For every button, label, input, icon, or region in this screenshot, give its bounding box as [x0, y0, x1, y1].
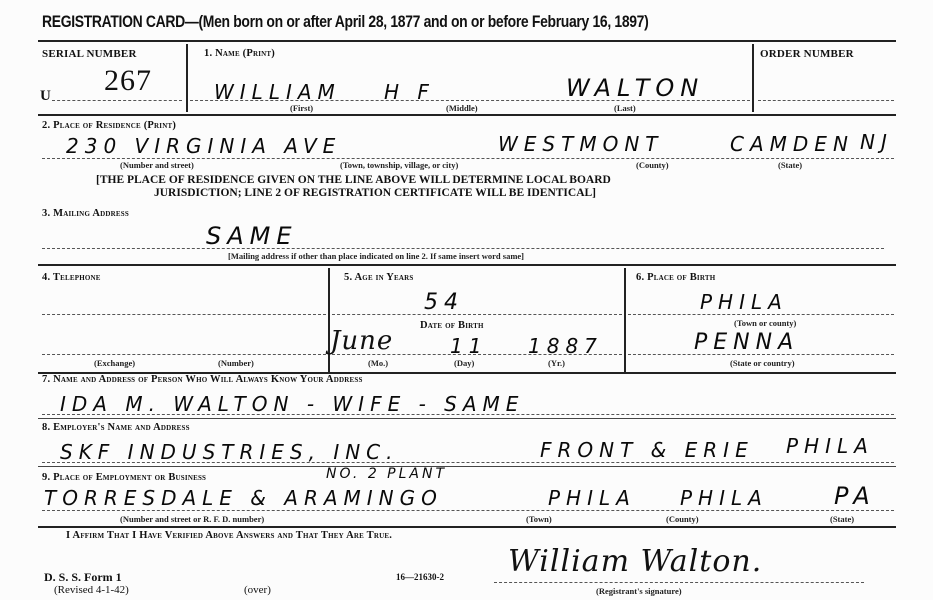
month-sublabel: (Mo.) — [368, 358, 388, 368]
employment-state-sublabel: (State) — [830, 514, 854, 524]
registrant-signature[interactable]: William Walton. — [508, 544, 762, 579]
divider — [38, 466, 896, 467]
employment-state-value[interactable]: PA — [834, 482, 876, 510]
middle-sublabel: (Middle) — [446, 103, 478, 113]
town-county-sublabel: (Town or county) — [734, 318, 796, 328]
contact-label: 7. Name and Address of Person Who Will A… — [42, 374, 363, 385]
employment-line — [42, 510, 894, 511]
mailing-note: [Mailing address if other than place ind… — [228, 251, 524, 261]
employment-street-sublabel: (Number and street or R. F. D. number) — [120, 514, 264, 524]
name-label: 1. Name (Print) — [204, 48, 275, 59]
birth-place-label: 6. Place of Birth — [636, 272, 715, 283]
form-revised: (Revised 4-1-42) — [54, 584, 129, 596]
telephone-label: 4. Telephone — [42, 272, 101, 283]
employment-place-label: 9. Place of Employment or Business — [42, 472, 206, 483]
exchange-sublabel: (Exchange) — [94, 358, 135, 368]
number-sublabel: (Number) — [218, 358, 254, 368]
residence-state-value[interactable]: NJ — [860, 130, 893, 154]
day-sublabel: (Day) — [454, 358, 474, 368]
birth-town-value[interactable]: PHILA — [700, 290, 788, 314]
serial-line — [52, 100, 182, 101]
name-line — [190, 100, 750, 101]
divider — [752, 44, 754, 112]
employer-name-value[interactable]: SKF INDUSTRIES, INC. — [60, 440, 399, 464]
first-sublabel: (First) — [290, 103, 313, 113]
county-sublabel: (County) — [636, 160, 669, 170]
birth-date-line — [332, 354, 622, 355]
over-note: (over) — [244, 584, 271, 596]
employer-city-value[interactable]: PHILA — [786, 434, 874, 458]
divider — [328, 268, 330, 372]
divider — [38, 418, 896, 419]
date-of-birth-label: Date of Birth — [420, 320, 484, 331]
street-sublabel: (Number and street) — [120, 160, 194, 170]
mailing-label: 3. Mailing Address — [42, 208, 129, 219]
mailing-line — [42, 248, 884, 249]
state-country-sublabel: (State or country) — [730, 358, 795, 368]
residence-town-value[interactable]: WESTMONT — [498, 132, 664, 156]
employment-county-sublabel: (County) — [666, 514, 699, 524]
birth-state-line — [628, 354, 894, 355]
contact-value[interactable]: IDA M. WALTON - WIFE - SAME — [60, 392, 524, 416]
divider — [38, 264, 896, 266]
residence-street-value[interactable]: 230 VIRGINIA AVE — [66, 134, 341, 158]
divider — [38, 526, 896, 528]
print-code: 16—21630-2 — [396, 572, 444, 582]
residence-county-value[interactable]: CAMDEN — [730, 132, 854, 156]
order-number-label: ORDER NUMBER — [760, 48, 854, 60]
last-sublabel: (Last) — [614, 103, 636, 113]
employer-address-value[interactable]: FRONT & ERIE — [540, 438, 754, 462]
serial-number-label: SERIAL NUMBER — [42, 48, 137, 60]
year-sublabel: (Yr.) — [548, 358, 565, 368]
serial-number-value[interactable]: 267 — [104, 64, 152, 98]
signature-sublabel: (Registrant's signature) — [596, 586, 682, 596]
divider — [186, 44, 188, 112]
residence-line — [42, 158, 894, 159]
form-id: D. S. S. Form 1 — [44, 570, 122, 585]
last-name-value[interactable]: WALTON — [566, 74, 704, 102]
residence-notice-line1: [THE PLACE OF RESIDENCE GIVEN ON THE LIN… — [96, 174, 611, 187]
divider — [38, 114, 896, 116]
divider — [38, 40, 896, 42]
residence-label: 2. Place of Residence (Print) — [42, 120, 176, 131]
divider — [624, 268, 626, 372]
state-sublabel: (State) — [778, 160, 802, 170]
employer-line — [42, 462, 894, 463]
residence-notice-line2: JURISDICTION; LINE 2 OF REGISTRATION CER… — [154, 187, 596, 200]
employment-county-value[interactable]: PHILA — [680, 486, 768, 510]
age-label: 5. Age in Years — [344, 272, 414, 283]
contact-line — [42, 414, 894, 415]
birth-month-value[interactable]: June — [330, 326, 393, 356]
affirmation-text: I Affirm That I Have Verified Above Answ… — [66, 530, 392, 541]
serial-prefix: U — [40, 88, 51, 105]
birth-state-value[interactable]: PENNA — [694, 330, 799, 355]
card-title: REGISTRATION CARD—(Men born on or after … — [42, 12, 648, 32]
employment-town-value[interactable]: PHILA — [548, 486, 636, 510]
town-sublabel: (Town, township, village, or city) — [340, 160, 458, 170]
employment-street-value[interactable]: TORRESDALE & ARAMINGO — [44, 486, 443, 510]
age-line — [332, 314, 622, 315]
employment-town-sublabel: (Town) — [526, 514, 552, 524]
birth-town-line — [628, 314, 894, 315]
order-line — [758, 100, 894, 101]
mailing-value[interactable]: SAME — [206, 222, 298, 250]
telephone-line-1 — [42, 314, 326, 315]
signature-line — [494, 582, 864, 583]
telephone-line-2 — [42, 354, 326, 355]
employment-note-value[interactable]: NO. 2 PLANT — [326, 466, 447, 482]
employer-label: 8. Employer's Name and Address — [42, 422, 190, 433]
age-value[interactable]: 54 — [424, 290, 464, 315]
